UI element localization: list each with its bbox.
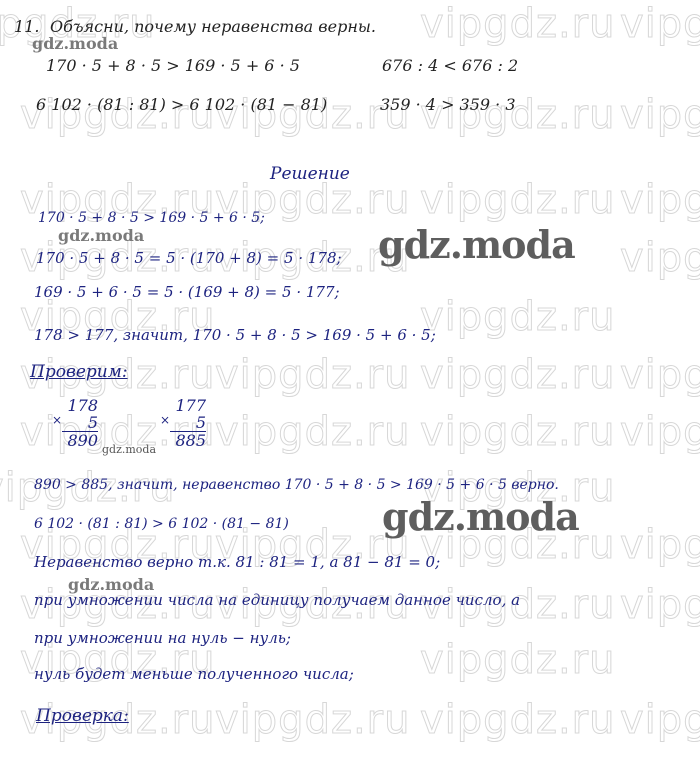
column-top: 177 bbox=[170, 397, 206, 414]
check-heading: Проверим: bbox=[30, 362, 128, 382]
solution-line: 890 > 885, значит, неравенство 170 · 5 +… bbox=[34, 475, 559, 495]
watermark: vipgdz.ru bbox=[215, 412, 410, 452]
task-number: 11. bbox=[14, 17, 39, 37]
check2-heading: Проверка: bbox=[36, 706, 129, 726]
watermark: vipgdz.ru bbox=[420, 355, 615, 395]
watermark: vipg bbox=[620, 700, 700, 740]
brand-watermark-large: gdz.moda bbox=[382, 497, 579, 537]
solution-line: при умножении на нуль − нуль; bbox=[34, 628, 291, 648]
solution-line: при умножении числа на единицу получаем … bbox=[34, 590, 520, 610]
watermark: vipg bbox=[620, 180, 700, 220]
solution-line: 170 · 5 + 8 · 5 > 169 · 5 + 6 · 5; bbox=[38, 208, 265, 228]
multiply-sign: × bbox=[52, 412, 62, 429]
solution-line: 170 · 5 + 8 · 5 = 5 · (170 + 8) = 5 · 17… bbox=[36, 248, 342, 268]
solution-line: нуль будет меньше полученного числа; bbox=[34, 664, 354, 684]
multiply-sign: × bbox=[160, 412, 170, 429]
solution-line: 169 · 5 + 6 · 5 = 5 · (169 + 8) = 5 · 17… bbox=[34, 282, 340, 302]
solution-line: Неравенство верно т.к. 81 : 81 = 1, а 81… bbox=[34, 552, 440, 572]
watermark: vipgdz.ru bbox=[420, 180, 615, 220]
solution-line: 178 > 177, значит, 170 · 5 + 8 · 5 > 169… bbox=[34, 325, 436, 345]
watermark: vipg bbox=[620, 355, 700, 395]
brand-watermark: gdz.moda bbox=[58, 227, 144, 245]
brand-watermark: gdz.moda bbox=[32, 35, 118, 53]
task-expression: 359 · 4 > 359 · 3 bbox=[380, 95, 516, 115]
task-expression: 170 · 5 + 8 · 5 > 169 · 5 + 6 · 5 bbox=[46, 56, 300, 76]
watermark: vipgdz.ru bbox=[420, 297, 615, 337]
watermark: vipgdz.ru bbox=[215, 355, 410, 395]
column-multiplication: 178 5 × 890 bbox=[62, 397, 98, 449]
column-multiplier: 5 bbox=[62, 414, 98, 431]
homework-page: vipgdz.ru vipgdz.ru vipg vipgdz.ru vipgd… bbox=[0, 0, 700, 783]
task-title: Объясни, почему неравенства верны. bbox=[50, 17, 376, 37]
watermark: vipgdz.ru bbox=[420, 412, 615, 452]
watermark: vipg bbox=[620, 525, 700, 565]
column-result: 885 bbox=[170, 431, 206, 449]
watermark: vipgdz.ru bbox=[420, 700, 615, 740]
column-result: 890 bbox=[62, 431, 98, 449]
column-multiplier: 5 bbox=[170, 414, 206, 431]
brand-watermark: gdz.moda bbox=[102, 444, 156, 456]
solution-line: 6 102 · (81 : 81) > 6 102 · (81 − 81) bbox=[34, 514, 289, 534]
watermark: vipgdz.ru bbox=[215, 700, 410, 740]
column-multiplication: 177 5 × 885 bbox=[170, 397, 206, 449]
watermark: vipg bbox=[620, 238, 700, 278]
watermark: vipg bbox=[620, 4, 700, 44]
column-top: 178 bbox=[62, 397, 98, 414]
solution-heading: Решение bbox=[270, 164, 350, 184]
task-expression: 6 102 · (81 : 81) > 6 102 · (81 − 81) bbox=[36, 95, 327, 115]
brand-watermark-large: gdz.moda bbox=[378, 225, 575, 265]
watermark: vipg bbox=[620, 412, 700, 452]
watermark: vipg bbox=[620, 585, 700, 625]
watermark: vipgdz.ru bbox=[420, 640, 615, 680]
watermark: vipgdz.ru bbox=[420, 4, 615, 44]
watermark: vipg bbox=[620, 95, 700, 135]
task-expression: 676 : 4 < 676 : 2 bbox=[382, 56, 518, 76]
